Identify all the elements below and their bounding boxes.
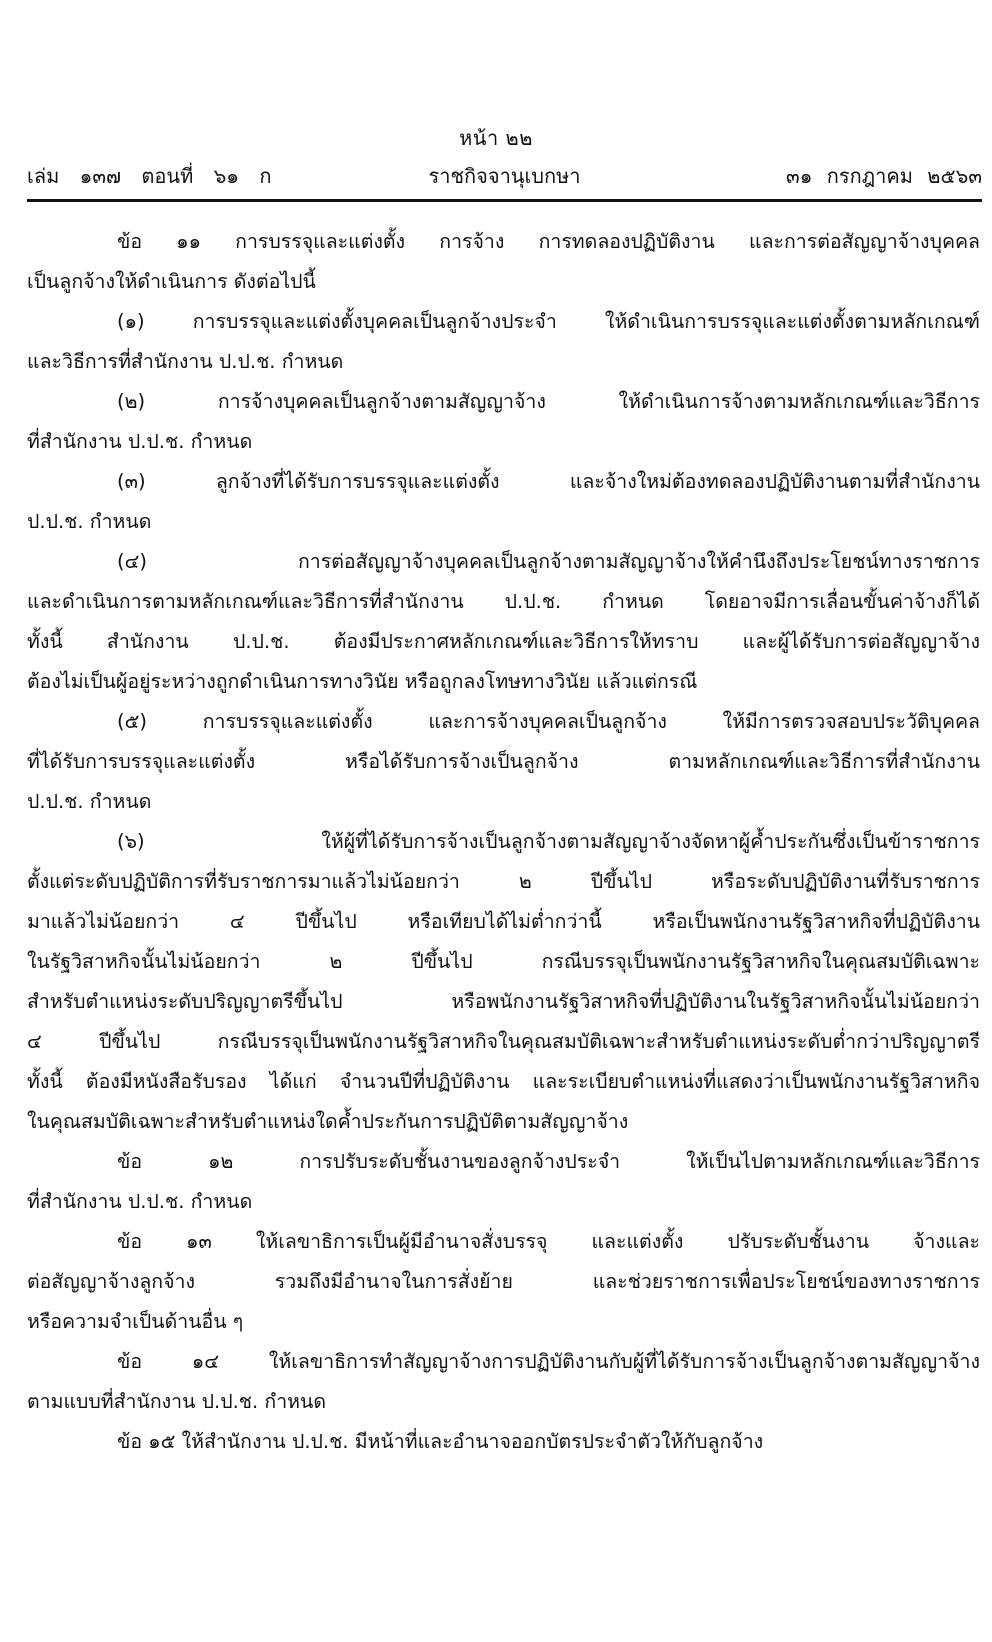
text-line: ข้อ ๑๓ ให้เลขาธิการเป็นผู้มีอำนาจสั่งบรร… — [27, 1224, 980, 1264]
text-line: ข้อ ๑๒ การปรับระดับชั้นงานของลูกจ้างประจ… — [27, 1144, 980, 1184]
text-line: สำหรับตำแหน่งระดับปริญญาตรีขึ้นไป หรือพน… — [27, 984, 980, 1024]
text-line: ป.ป.ช. กำหนด — [27, 784, 980, 824]
text-line: ข้อ ๑๔ ให้เลขาธิการทำสัญญาจ้างการปฏิบัติ… — [27, 1344, 980, 1384]
document-page: หน้า ๒๒ เล่ม ๑๓๗ ตอนที่ ๖๑ ก ราชกิจจานุเ… — [0, 0, 992, 1642]
text-line: ป.ป.ช. กำหนด — [27, 504, 980, 544]
text-line: (๑) การบรรจุและแต่งตั้งบุคคลเป็นลูกจ้างป… — [27, 304, 980, 344]
header-divider — [27, 199, 982, 202]
text-line: ตามแบบที่สำนักงาน ป.ป.ช. กำหนด — [27, 1384, 980, 1424]
text-line: (๔) การต่อสัญญาจ้างบุคคลเป็นลูกจ้างตามสั… — [27, 544, 980, 584]
text-line: และวิธีการที่สำนักงาน ป.ป.ช. กำหนด — [27, 344, 980, 384]
text-line: มาแล้วไม่น้อยกว่า ๔ ปีขึ้นไป หรือเทียบได… — [27, 904, 980, 944]
text-line: ต่อสัญญาจ้างลูกจ้าง รวมถึงมีอำนาจในการสั… — [27, 1264, 980, 1304]
text-line: ข้อ ๑๑ การบรรจุและแต่งตั้ง การจ้าง การทด… — [27, 224, 980, 264]
text-line: (๕) การบรรจุและแต่งตั้ง และการจ้างบุคคลเ… — [27, 704, 980, 744]
text-line: (๓) ลูกจ้างที่ได้รับการบรรจุและแต่งตั้ง … — [27, 464, 980, 504]
page-number: หน้า ๒๒ — [0, 122, 992, 154]
text-line: ทั้งนี้ ต้องมีหนังสือรับรอง ได้แก่ จำนวน… — [27, 1064, 980, 1104]
text-line: ๔ ปีขึ้นไป กรณีบรรจุเป็นพนักงานรัฐวิสาหก… — [27, 1024, 980, 1064]
publication-date: ๓๑ กรกฎาคม ๒๕๖๓ — [786, 160, 982, 192]
text-line: ข้อ ๑๕ ให้สำนักงาน ป.ป.ช. มีหน้าที่และอำ… — [27, 1424, 980, 1464]
text-line: และดำเนินการตามหลักเกณฑ์และวิธีการที่สำน… — [27, 584, 980, 624]
text-line: ตั้งแต่ระดับปฏิบัติการที่รับราชการมาแล้ว… — [27, 864, 980, 904]
text-line: ในคุณสมบัติเฉพาะสำหรับตำแหน่งใดค้ำประกัน… — [27, 1104, 980, 1144]
document-body: ข้อ ๑๑ การบรรจุและแต่งตั้ง การจ้าง การทด… — [27, 224, 980, 1464]
text-line: ต้องไม่เป็นผู้อยู่ระหว่างถูกดำเนินการทาง… — [27, 664, 980, 704]
text-line: (๒) การจ้างบุคคลเป็นลูกจ้างตามสัญญาจ้าง … — [27, 384, 980, 424]
gazette-header: เล่ม ๑๓๗ ตอนที่ ๖๑ ก ราชกิจจานุเบกษา ๓๑ … — [27, 160, 982, 190]
text-line: ที่ได้รับการบรรจุและแต่งตั้ง หรือได้รับก… — [27, 744, 980, 784]
text-line: หรือความจำเป็นด้านอื่น ๆ — [27, 1304, 980, 1344]
text-line: ที่สำนักงาน ป.ป.ช. กำหนด — [27, 1184, 980, 1224]
text-line: ที่สำนักงาน ป.ป.ช. กำหนด — [27, 424, 980, 464]
text-line: (๖) ให้ผู้ที่ได้รับการจ้างเป็นลูกจ้างตาม… — [27, 824, 980, 864]
text-line: ทั้งนี้ สำนักงาน ป.ป.ช. ต้องมีประกาศหลัก… — [27, 624, 980, 664]
text-line: ในรัฐวิสาหกิจนั้นไม่น้อยกว่า ๒ ปีขึ้นไป … — [27, 944, 980, 984]
text-line: เป็นลูกจ้างให้ดำเนินการ ดังต่อไปนี้ — [27, 264, 980, 304]
